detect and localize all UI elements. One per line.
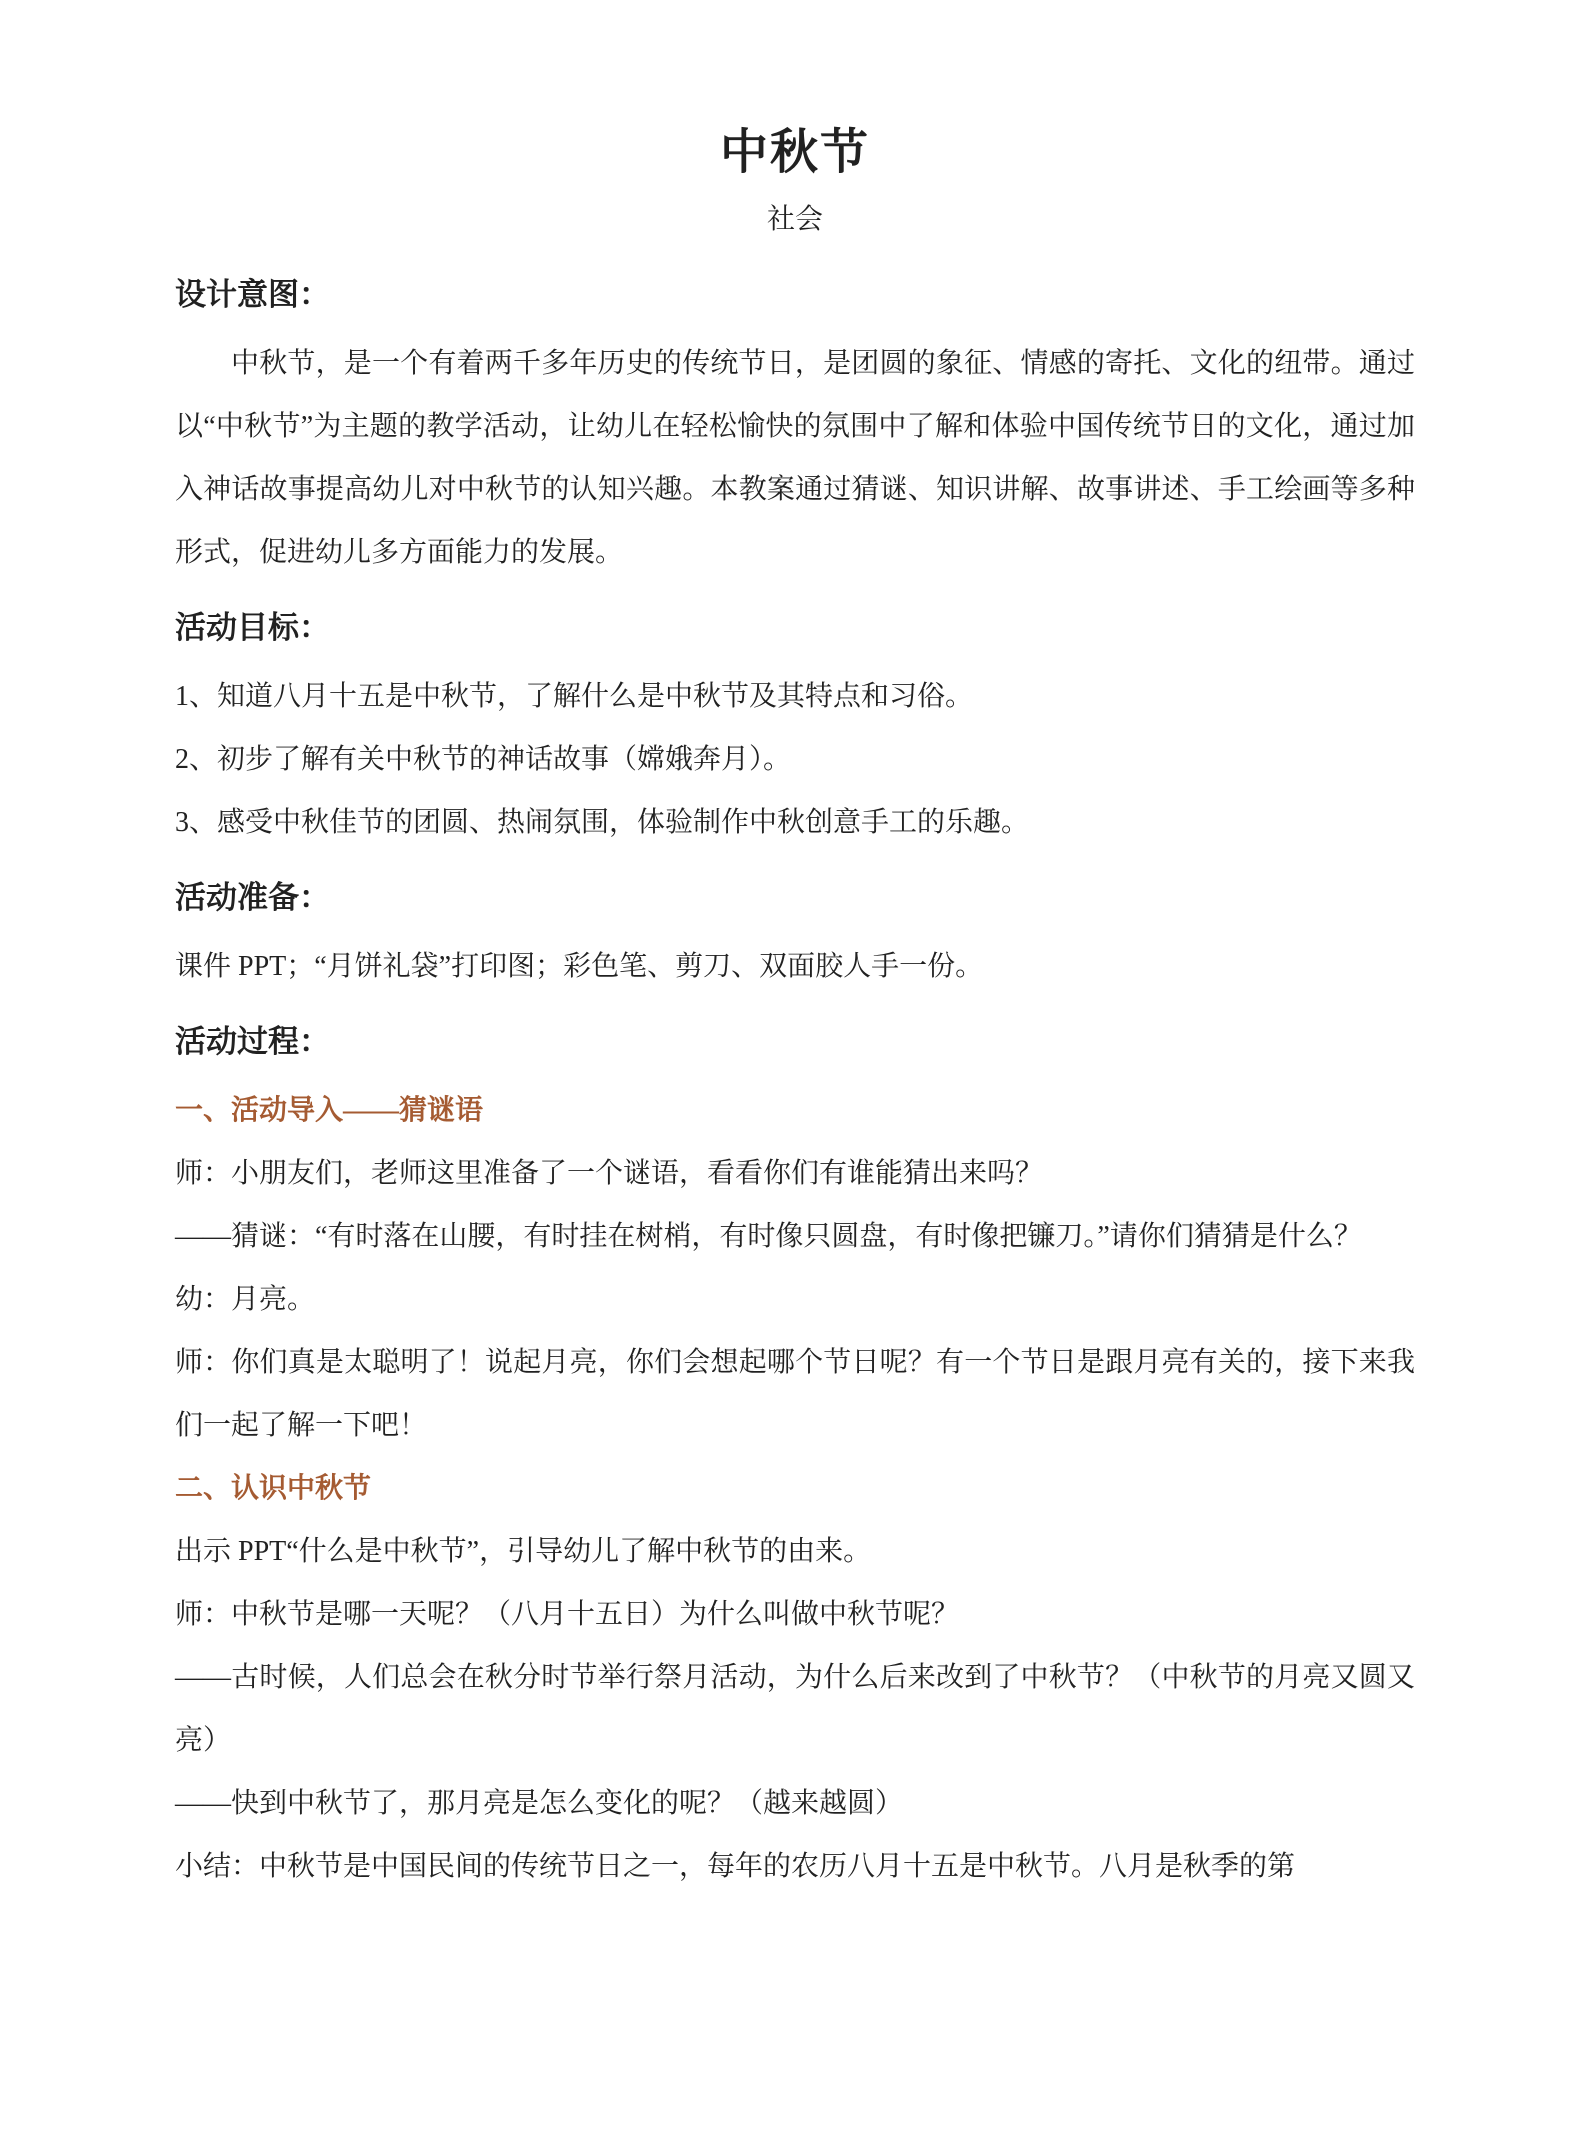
section-heading-preparation: 活动准备：	[175, 866, 1415, 929]
process-part2-heading: 二、认识中秋节	[175, 1457, 1415, 1520]
part1-dialogue-line-1: 师：小朋友们，老师这里准备了一个谜语，看看你们有谁能猜出来吗？	[175, 1142, 1415, 1205]
design-intent-paragraph: 中秋节，是一个有着两千多年历史的传统节日，是团圆的象征、情感的寄托、文化的纽带。…	[175, 332, 1415, 584]
goal-item-2: 2、初步了解有关中秋节的神话故事（嫦娥奔月）。	[175, 728, 1415, 791]
part1-dialogue-line-3: 幼：月亮。	[175, 1268, 1415, 1331]
goal-item-1: 1、知道八月十五是中秋节，了解什么是中秋节及其特点和习俗。	[175, 665, 1415, 728]
document-page: 中秋节 社会 设计意图： 中秋节，是一个有着两千多年历史的传统节日，是团圆的象征…	[0, 0, 1587, 2138]
part1-dialogue-line-2: ——猜谜：“有时落在山腰，有时挂在树梢，有时像只圆盘，有时像把镰刀。”请你们猜猜…	[175, 1205, 1415, 1268]
preparation-paragraph: 课件 PPT；“月饼礼袋”打印图；彩色笔、剪刀、双面胶人手一份。	[175, 935, 1415, 998]
part2-dialogue-line-1: 出示 PPT“什么是中秋节”，引导幼儿了解中秋节的由来。	[175, 1520, 1415, 1583]
part2-summary-line: 小结：中秋节是中国民间的传统节日之一，每年的农历八月十五是中秋节。八月是秋季的第	[175, 1835, 1415, 1898]
part2-dialogue-line-3: ——古时候，人们总会在秋分时节举行祭月活动，为什么后来改到了中秋节？（中秋节的月…	[175, 1646, 1415, 1772]
goal-item-3: 3、感受中秋佳节的团圆、热闹氛围，体验制作中秋创意手工的乐趣。	[175, 791, 1415, 854]
part2-dialogue-line-2: 师：中秋节是哪一天呢？（八月十五日）为什么叫做中秋节呢？	[175, 1583, 1415, 1646]
section-heading-design-intent: 设计意图：	[175, 263, 1415, 326]
section-heading-process: 活动过程：	[175, 1010, 1415, 1073]
process-part1-heading: 一、活动导入——猜谜语	[175, 1079, 1415, 1142]
doc-title: 中秋节	[175, 118, 1415, 188]
part2-dialogue-line-4: ——快到中秋节了，那月亮是怎么变化的呢？（越来越圆）	[175, 1772, 1415, 1835]
section-heading-goals: 活动目标：	[175, 596, 1415, 659]
doc-subtitle: 社会	[175, 188, 1415, 251]
part1-dialogue-line-4: 师：你们真是太聪明了！说起月亮，你们会想起哪个节日呢？有一个节日是跟月亮有关的，…	[175, 1331, 1415, 1457]
